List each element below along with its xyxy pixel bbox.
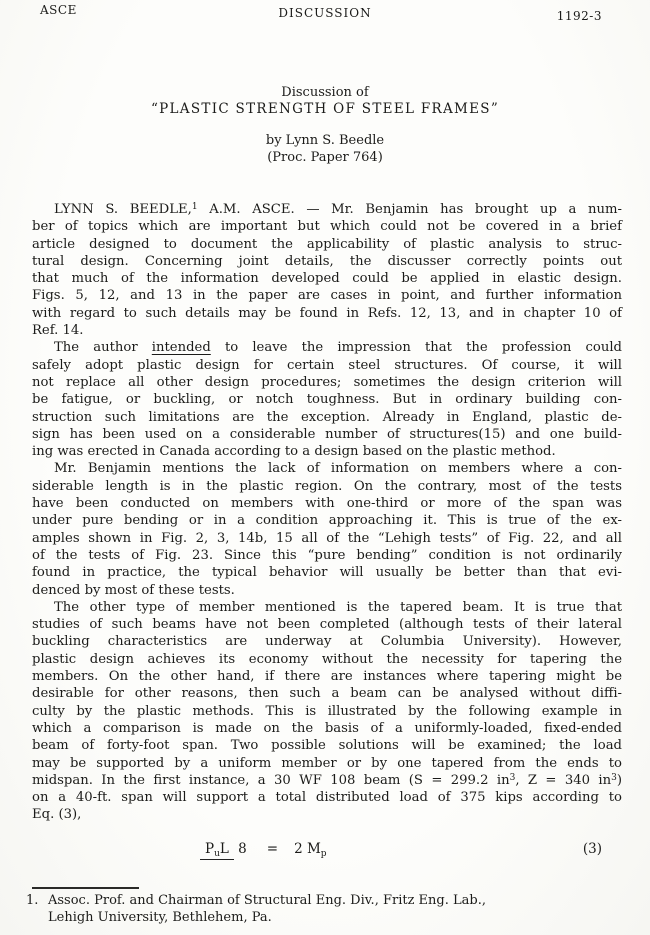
- text-line: article designed to document the applica…: [32, 236, 622, 253]
- text-line: members. On the other hand, if there are…: [32, 668, 622, 685]
- equation-3: PuL 8 = 2 Mp (3): [200, 841, 602, 857]
- text-run: which a comparison is made on the basis …: [32, 721, 622, 736]
- text-run: beam of forty-foot span. Two possible so…: [32, 738, 622, 753]
- text-line: ber of topics which are important but wh…: [32, 218, 622, 235]
- subscript: p: [321, 849, 327, 859]
- footnote-line: Lehigh University, Bethlehem, Pa.: [48, 910, 486, 927]
- text-line: studies of such beams have not been comp…: [32, 616, 622, 633]
- footnote-separator-rule: [32, 887, 139, 889]
- text-line: safely adopt plastic design for certain …: [32, 357, 622, 374]
- paragraph: LYNN S. BEEDLE,1 A.M. ASCE. — Mr. Benjam…: [32, 201, 622, 339]
- text-run: amples shown in Fig. 2, 3, 14b, 15 all o…: [32, 531, 622, 546]
- text-run: LYNN S. BEEDLE,: [54, 202, 192, 217]
- text-line: denced by most of these tests.: [32, 582, 622, 599]
- text-line: that much of the information developed c…: [32, 270, 622, 287]
- text-run: ber of topics which are important but wh…: [32, 219, 622, 234]
- text-run: intended: [152, 340, 211, 355]
- fraction-numerator: PuL: [200, 841, 234, 860]
- footnote-text: Assoc. Prof. and Chairman of Structural …: [48, 893, 486, 926]
- text-run: midspan. In the first instance, a 30 WF …: [32, 773, 510, 788]
- text-line: of the tests of Fig. 23. Since this “pur…: [32, 547, 622, 564]
- text-line: desirable for other reasons, then such a…: [32, 685, 622, 702]
- header-section-title: DISCUSSION: [0, 6, 650, 20]
- footnote-marker: 1.: [26, 893, 48, 926]
- text-line: struction such limitations are the excep…: [32, 409, 622, 426]
- text-run: desirable for other reasons, then such a…: [32, 686, 622, 701]
- paragraph: Mr. Benjamin mentions the lack of inform…: [32, 460, 622, 598]
- text-line: beam of forty-foot span. Two possible so…: [32, 737, 622, 754]
- text-line: plastic design achieves its economy with…: [32, 651, 622, 668]
- text-run: Mr. Benjamin mentions the lack of inform…: [54, 461, 622, 476]
- text-run: not replace all other design procedures;…: [32, 375, 622, 390]
- text-line: amples shown in Fig. 2, 3, 14b, 15 all o…: [32, 530, 622, 547]
- byline: by Lynn S. Beedle: [0, 132, 650, 149]
- text-run: culty by the plastic methods. This is il…: [32, 704, 622, 719]
- text-run: under pure bending or in a condition app…: [32, 513, 622, 528]
- text-line: under pure bending or in a condition app…: [32, 512, 622, 529]
- text-run: found in practice, the typical behavior …: [32, 565, 622, 580]
- text-run: ): [617, 773, 622, 788]
- text-run: 2 M: [294, 841, 321, 857]
- text-run: denced by most of these tests.: [32, 583, 235, 598]
- text-run: studies of such beams have not been comp…: [32, 617, 622, 632]
- text-run: have been conducted on members with one-…: [32, 496, 622, 511]
- text-line: The author intended to leave the impress…: [32, 339, 622, 356]
- text-run: may be supported by a uniform member or …: [32, 756, 622, 771]
- text-run: buckling characteristics are underway at…: [32, 634, 622, 649]
- paragraph: The other type of member mentioned is th…: [32, 599, 622, 824]
- text-line: midspan. In the first instance, a 30 WF …: [32, 772, 622, 789]
- footnote-line: Assoc. Prof. and Chairman of Structural …: [48, 893, 486, 910]
- text-run: Figs. 5, 12, and 13 in the paper are cas…: [32, 288, 622, 303]
- text-line: Eq. (3),: [32, 806, 622, 823]
- text-run: to leave the impression that the profess…: [211, 340, 622, 355]
- text-run: A.M. ASCE. — Mr. Benjamin has brought up…: [198, 202, 622, 217]
- text-run: , Z = 340 in: [515, 773, 611, 788]
- text-line: LYNN S. BEEDLE,1 A.M. ASCE. — Mr. Benjam…: [32, 201, 622, 218]
- body-text: LYNN S. BEEDLE,1 A.M. ASCE. — Mr. Benjam…: [32, 201, 622, 824]
- text-run: struction such limitations are the excep…: [32, 410, 622, 425]
- text-run: Ref. 14.: [32, 323, 84, 338]
- document-page: ASCE DISCUSSION 1192-3 Discussion of “PL…: [0, 0, 650, 935]
- text-line: be fatigue, or buckling, or notch toughn…: [32, 391, 622, 408]
- text-run: sign has been used on a considerable num…: [32, 427, 622, 442]
- text-run: members. On the other hand, if there are…: [32, 669, 622, 684]
- title-prefix: Discussion of: [0, 85, 650, 101]
- equation-right-side: 2 Mp: [294, 841, 326, 857]
- fraction: PuL 8: [200, 841, 247, 857]
- text-line: with regard to such details may be found…: [32, 305, 622, 322]
- text-run: article designed to document the applica…: [32, 237, 622, 252]
- text-line: on a 40-ft. span will support a total di…: [32, 789, 622, 806]
- text-run: P: [205, 841, 214, 857]
- text-line: culty by the plastic methods. This is il…: [32, 703, 622, 720]
- text-line: Figs. 5, 12, and 13 in the paper are cas…: [32, 287, 622, 304]
- text-run: siderable length is in the plastic regio…: [32, 479, 622, 494]
- text-run: L: [220, 841, 229, 857]
- text-line: tural design. Concerning joint details, …: [32, 253, 622, 270]
- equation-number: (3): [583, 841, 602, 857]
- text-line: The other type of member mentioned is th…: [32, 599, 622, 616]
- running-header: ASCE DISCUSSION 1192-3: [0, 3, 650, 23]
- text-run: with regard to such details may be found…: [32, 306, 622, 321]
- text-run: The other type of member mentioned is th…: [54, 600, 622, 615]
- fraction-denominator: 8: [238, 839, 247, 857]
- equals-sign: =: [267, 841, 278, 857]
- text-line: may be supported by a uniform member or …: [32, 755, 622, 772]
- title-block: Discussion of “PLASTIC STRENGTH OF STEEL…: [0, 85, 650, 166]
- proc-paper-reference: (Proc. Paper 764): [0, 149, 650, 166]
- text-line: not replace all other design procedures;…: [32, 374, 622, 391]
- text-run: tural design. Concerning joint details, …: [32, 254, 622, 269]
- text-line: which a comparison is made on the basis …: [32, 720, 622, 737]
- text-run: of the tests of Fig. 23. Since this “pur…: [32, 548, 622, 563]
- text-line: Ref. 14.: [32, 322, 622, 339]
- text-run: plastic design achieves its economy with…: [32, 652, 622, 667]
- text-line: buckling characteristics are underway at…: [32, 633, 622, 650]
- paragraph: The author intended to leave the impress…: [32, 339, 622, 460]
- text-line: Mr. Benjamin mentions the lack of inform…: [32, 460, 622, 477]
- text-line: found in practice, the typical behavior …: [32, 564, 622, 581]
- header-paper-number: 1192-3: [557, 9, 602, 23]
- text-run: The author: [54, 340, 152, 355]
- text-line: have been conducted on members with one-…: [32, 495, 622, 512]
- text-run: Eq. (3),: [32, 807, 81, 822]
- text-run: ing was erected in Canada according to a…: [32, 444, 556, 459]
- text-run: safely adopt plastic design for certain …: [32, 358, 622, 373]
- text-run: that much of the information developed c…: [32, 271, 622, 286]
- text-line: siderable length is in the plastic regio…: [32, 478, 622, 495]
- text-run: on a 40-ft. span will support a total di…: [32, 790, 622, 805]
- text-line: ing was erected in Canada according to a…: [32, 443, 622, 460]
- text-line: sign has been used on a considerable num…: [32, 426, 622, 443]
- text-run: be fatigue, or buckling, or notch toughn…: [32, 392, 622, 407]
- footnote: 1. Assoc. Prof. and Chairman of Structur…: [26, 893, 606, 926]
- paper-title: “PLASTIC STRENGTH OF STEEL FRAMES”: [0, 101, 650, 118]
